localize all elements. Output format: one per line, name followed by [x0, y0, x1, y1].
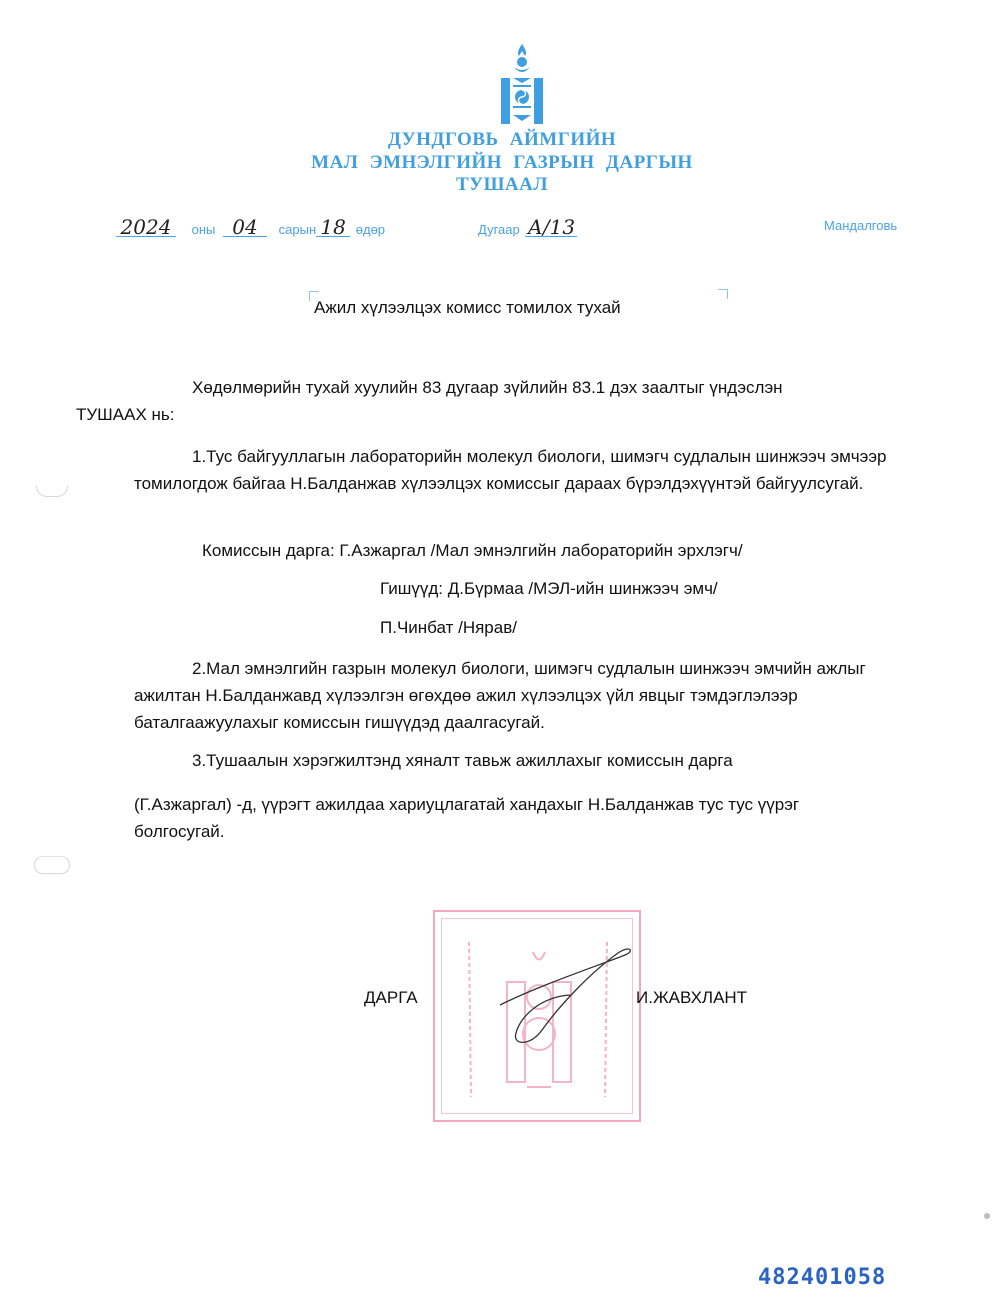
- order-number: Дугаар А/13: [478, 218, 577, 237]
- item-3-line1: 3.Тушаалын хэрэгжилтэнд хяналт тавьж ажи…: [192, 751, 733, 771]
- item-3-rest: (Г.Азжаргал) -д, үүрэгт ажилдаа хариуцла…: [134, 791, 894, 845]
- org-name-line1: ДУНДГОВЬ АЙМГИЙН: [0, 129, 1004, 151]
- date-line: 2024 оны 04 сарын18 өдөр: [116, 218, 385, 237]
- item-1: 1.Тус байгууллагын лабораторийн молекул …: [134, 443, 894, 497]
- commission-member-1: Гишүүд: Д.Бүрмаа /МЭЛ-ийн шинжээч эмч/: [380, 579, 718, 599]
- org-name-line2: МАЛ ЭМНЭЛГИЙН ГАЗРЫН ДАРГЫН: [0, 152, 1004, 174]
- place: Мандалговь: [824, 218, 897, 233]
- document-title: Ажил хүлээлцэх комисс томилох тухай: [314, 298, 621, 318]
- month-label: сарын: [279, 222, 316, 237]
- signatory-position: ДАРГА: [364, 988, 418, 1008]
- handwritten-signature-icon: [490, 935, 640, 1055]
- date-day: 18: [316, 218, 350, 237]
- order-number-label: Дугаар: [478, 222, 520, 237]
- date-year: 2024: [116, 218, 176, 237]
- document-serial-number: 482401058: [758, 1265, 886, 1290]
- year-label: оны: [192, 222, 216, 237]
- signatory-name: И.ЖАВХЛАНТ: [636, 988, 747, 1008]
- preamble: Хөдөлмөрийн тухай хуулийн 83 дугаар зүйл…: [134, 374, 894, 428]
- preamble-line1: Хөдөлмөрийн тухай хуулийн 83 дугаар зүйл…: [192, 378, 783, 397]
- scan-speck: [984, 1213, 990, 1219]
- punch-hole-mark: [34, 856, 70, 874]
- commission-member-2: П.Чинбат /Нярав/: [380, 618, 517, 638]
- date-month: 04: [223, 218, 267, 237]
- item-2: 2.Мал эмнэлгийн газрын молекул биологи, …: [134, 655, 894, 736]
- commission-chair: Комиссын дарга: Г.Азжаргал /Мал эмнэлгий…: [202, 541, 743, 561]
- day-label: өдөр: [356, 222, 385, 237]
- document-type: ТУШААЛ: [0, 174, 1004, 196]
- preamble-line2: ТУШААХ нь:: [76, 401, 174, 428]
- title-corner-right: [718, 289, 728, 299]
- punch-hole-mark: [36, 486, 68, 497]
- order-number-value: А/13: [525, 218, 577, 237]
- soyombo-emblem-icon: [499, 42, 545, 126]
